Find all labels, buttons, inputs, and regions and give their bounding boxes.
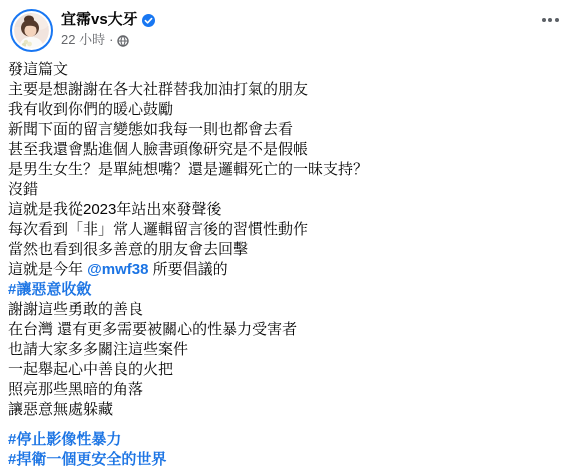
- mention-link[interactable]: @mwf38: [87, 261, 148, 278]
- text-segment: 也請大家多多關注這些案件: [8, 341, 188, 358]
- post-line: 甚至我還會點進個人臉書頭像研究是不是假帳: [8, 140, 562, 160]
- post-line: 是男生女生？是單純想嘴？還是邏輯死亡的一昧支持？: [8, 160, 562, 180]
- ellipsis-icon: [542, 18, 546, 22]
- post-text: 發這篇文主要是想謝謝在各大社群替我加油打氣的朋友我有收到你們的暖心鼓勵新聞下面的…: [8, 60, 562, 470]
- post-line: 我有收到你們的暖心鼓勵: [8, 100, 562, 120]
- post-line: 主要是想謝謝在各大社群替我加油打氣的朋友: [8, 80, 562, 100]
- avatar-photo-icon: [14, 13, 49, 48]
- text-segment: 新聞下面的留言變態如我每一則也都會去看: [8, 121, 293, 138]
- text-segment: 謝謝這些勇敢的善良: [8, 301, 143, 318]
- text-segment: 是男生女生？是單純想嘴？還是邏輯死亡的一昧支持？: [8, 161, 368, 178]
- text-segment: 讓惡意無處躲藏: [8, 401, 113, 418]
- post-line: 一起舉起心中善良的火把: [8, 360, 562, 380]
- avatar[interactable]: [10, 9, 53, 52]
- post-line: 在台灣 還有更多需要被關心的性暴力受害者: [8, 320, 562, 340]
- meta-separator: ·: [109, 32, 113, 48]
- facebook-post: 宜霈vs大牙 22 小時 ·: [0, 0, 570, 470]
- post-line: 謝謝這些勇敢的善良: [8, 300, 562, 320]
- text-segment: 所要倡議的: [148, 261, 227, 278]
- post-header: 宜霈vs大牙 22 小時 ·: [10, 9, 562, 52]
- post-line: 讓惡意無處躲藏: [8, 400, 562, 420]
- text-segment: 照亮那些黑暗的角落: [8, 381, 143, 398]
- header-info: 宜霈vs大牙 22 小時 ·: [61, 9, 155, 48]
- text-segment: 這就是我從2023年站出來發聲後: [8, 201, 221, 218]
- post-line: 沒錯: [8, 180, 562, 200]
- text-segment: 這就是今年: [8, 261, 87, 278]
- post-line: #捍衛一個更安全的世界: [8, 450, 562, 470]
- hashtag-link[interactable]: #停止影像性暴力: [8, 431, 121, 448]
- ellipsis-icon: [548, 18, 552, 22]
- post-line: 當然也看到很多善意的朋友會去回擊: [8, 240, 562, 260]
- post-line: 照亮那些黑暗的角落: [8, 380, 562, 400]
- ellipsis-icon: [555, 18, 559, 22]
- page-name[interactable]: 宜霈vs大牙: [61, 10, 138, 30]
- text-segment: 發這篇文: [8, 61, 68, 78]
- hashtag-link[interactable]: #讓惡意收斂: [8, 281, 91, 298]
- post-line: #停止影像性暴力: [8, 430, 562, 450]
- text-segment: 一起舉起心中善良的火把: [8, 361, 173, 378]
- more-options-button[interactable]: [536, 6, 564, 34]
- text-segment: 每次看到「非」常人邏輯留言後的習慣性動作: [8, 221, 308, 238]
- post-line: 這就是今年 @mwf38 所要倡議的: [8, 260, 562, 280]
- text-segment: 當然也看到很多善意的朋友會去回擊: [8, 241, 248, 258]
- text-segment: 主要是想謝謝在各大社群替我加油打氣的朋友: [8, 81, 308, 98]
- post-line: 新聞下面的留言變態如我每一則也都會去看: [8, 120, 562, 140]
- post-line: 發這篇文: [8, 60, 562, 80]
- text-segment: 在台灣 還有更多需要被關心的性暴力受害者: [8, 321, 297, 338]
- globe-icon: [117, 35, 129, 47]
- post-line: #讓惡意收斂: [8, 280, 562, 300]
- hashtag-link[interactable]: #捍衛一個更安全的世界: [8, 451, 166, 468]
- post-line: [8, 420, 562, 430]
- text-segment: 甚至我還會點進個人臉書頭像研究是不是假帳: [8, 141, 308, 158]
- post-meta: 22 小時 ·: [61, 32, 155, 48]
- post-line: 這就是我從2023年站出來發聲後: [8, 200, 562, 220]
- name-row: 宜霈vs大牙: [61, 10, 155, 30]
- text-segment: 沒錯: [8, 181, 38, 198]
- text-segment: 我有收到你們的暖心鼓勵: [8, 101, 173, 118]
- post-line: 每次看到「非」常人邏輯留言後的習慣性動作: [8, 220, 562, 240]
- post-line: 也請大家多多關注這些案件: [8, 340, 562, 360]
- timestamp[interactable]: 22 小時: [61, 32, 105, 48]
- verified-badge-icon: [142, 14, 155, 27]
